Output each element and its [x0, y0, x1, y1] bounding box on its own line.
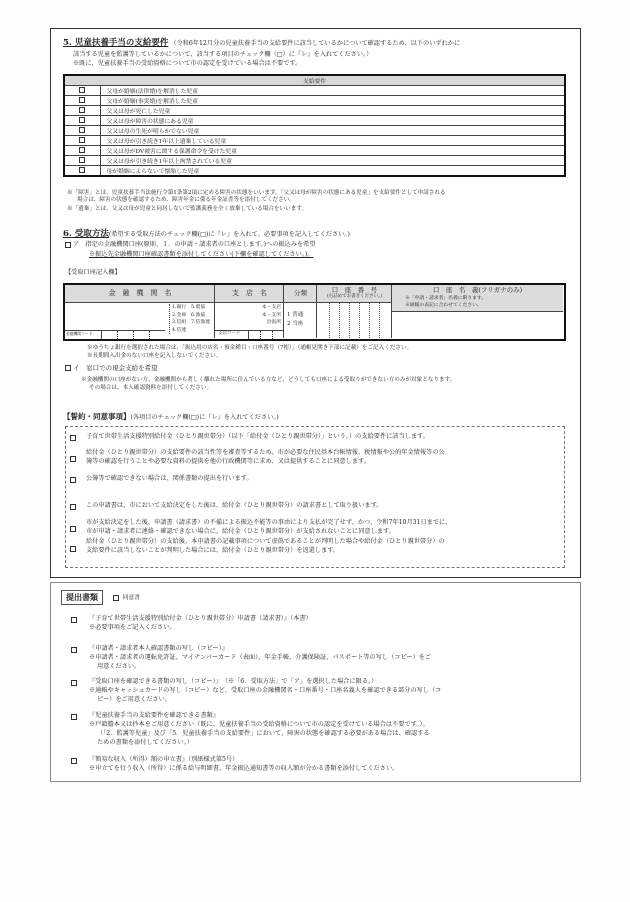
- pledge-item[interactable]: [70, 503, 76, 512]
- eligibility-item: 父又は母が死亡した児童: [100, 106, 565, 116]
- doc-title: 『子育て世帯生活支援特別給付金（ひとり親世帯分）申請書（請求書）』（本書）: [89, 615, 312, 624]
- account-box-title: 【受取口座記入欄】: [65, 269, 121, 278]
- option-b-label: イ 窓口での現金支給を希望: [73, 364, 158, 372]
- checkbox[interactable]: [71, 758, 77, 764]
- checkbox[interactable]: [79, 127, 85, 133]
- option-b-note-2: その場合は、本人確認資料を添付してください。: [89, 384, 212, 393]
- documents-badge: 提出書類: [61, 590, 103, 605]
- doc-note: ※戸籍謄本又は抄本をご用意ください（既に、児童扶養手当の受給資格について市の認定…: [89, 721, 429, 730]
- checkbox[interactable]: [79, 87, 85, 93]
- table-row: 母が婚姻によらないで懐胎した児童: [64, 166, 565, 177]
- doc-item[interactable]: [71, 713, 77, 722]
- pledge-item-text: 公簿等で確認できない場合は、関係書類の提出を行います。: [86, 475, 253, 484]
- eligibility-item: 父又は母が障害の状態にある児童: [100, 116, 565, 126]
- section5-intro-1: （令和6年12月分の児童扶養手当の支給要件に該当しているかについて確認するため、…: [170, 40, 460, 47]
- checkbox[interactable]: [79, 107, 85, 113]
- doc-note: ための書類を添付してください。）: [97, 739, 193, 748]
- pledge-intro: (各項目のチェック欄(□)に『レ』を入れてください。): [131, 414, 279, 421]
- option-a-label: ア 指定の金融機関口座(原則、１．の申請・請求者の口座とします。)への振込みを希…: [73, 241, 316, 248]
- holder-note-2: ※通帳の表記に合わせてください。: [405, 303, 482, 309]
- pledge-items-box: 子育て世帯生活支援特別給付金（ひとり親世帯分）（以下「給付金（ひとり親世帯分）」…: [65, 426, 565, 568]
- section5-heading: 5. 児童扶養手当の支給要件 （令和6年12月分の児童扶養手当の支給要件に該当し…: [63, 39, 460, 49]
- doc-note: ※通帳やキャッシュカードの写し（コピー）など、受取口座の金融機関名・口座番号・口…: [89, 687, 441, 696]
- bank-code-input[interactable]: 金融機関コード: [65, 330, 165, 339]
- doc-item[interactable]: [71, 616, 77, 625]
- bank-name-input[interactable]: [65, 302, 165, 328]
- checkbox[interactable]: [71, 647, 77, 653]
- doc-note: ※申請者・請求者の運転免許証、マイナンバーカード（表面）、年金手帳、介護保険証、…: [89, 654, 431, 663]
- pledge-item-text: 子育て世帯生活支援特別給付金（ひとり親世帯分）（以下「給付金（ひとり親世帯分）」…: [86, 433, 429, 442]
- doc-note: ※必要事項をご記入ください。: [89, 624, 176, 633]
- account-number-input[interactable]: [319, 303, 391, 338]
- checkbox[interactable]: [70, 477, 76, 483]
- dormant-account-note: ※長期間入出金のない口座を記入しないでください。: [87, 352, 221, 361]
- type-header: 分類: [284, 289, 317, 298]
- doc-item[interactable]: [71, 757, 77, 766]
- table-row: 父又は母が障害の状態にある児童: [64, 116, 565, 126]
- pledge-item-text: 支給要件に該当しないことが判明した場合には、給付金（ひとり親世帯分）を返還します…: [86, 547, 339, 556]
- branch-code-input[interactable]: 支店コード: [215, 330, 284, 339]
- eligibility-item: 父又は母の生死が明らかでない児童: [100, 126, 565, 136]
- account-type-options[interactable]: 1 普通 2 当座: [287, 311, 303, 329]
- number-subheader: (右詰めでお書きください。): [317, 294, 392, 300]
- eligibility-header: 支給要件: [64, 75, 565, 86]
- doc-item[interactable]: [71, 646, 77, 655]
- pledge-item-text: 給付金（ひとり親世帯分）の支給後、本申請書の記載事項について虚偽であることが判明…: [86, 538, 445, 547]
- table-row: 父又は母が死亡した児童: [64, 106, 565, 116]
- pledge-item-text: 市が支給決定をした後、申請書（請求書）の不備による振込不能等の事由により支払が完…: [86, 519, 451, 528]
- account-holder-input[interactable]: [392, 312, 563, 338]
- branch-header: 支 店 名: [215, 289, 284, 298]
- pledge-item[interactable]: [70, 455, 76, 464]
- doc-note: ※申立てを行う収入（所得）に係る給与明細書、年金振込通知書等の収入額が分かる書類…: [89, 765, 398, 774]
- section6-heading: 6. 受取方法(希望する受取方法のチェック欄(□)に『レ』を入れて、必要事項を記…: [63, 230, 350, 240]
- eligibility-item: 父又は母がDV被害に関する保護命令を受けた児童: [100, 146, 565, 156]
- eligibility-item: 父又は母が引き続き1年以上拘禁されている児童: [100, 156, 565, 166]
- checkbox[interactable]: [79, 97, 85, 103]
- pledge-title: 【誓約・同意事項】: [63, 412, 131, 421]
- abandonment-note: ※「遺棄」とは、父又は母が児童と同居しないで監護義務を全く放棄している場合をいい…: [67, 206, 307, 214]
- table-row: 父又は母が引き続き1年以上拘禁されている児童: [64, 156, 565, 166]
- doc-title: 『申請者・請求者本人確認書類の写し（コピー）』: [89, 645, 228, 654]
- option-a-note: ※振込先金融機関口座確認書類を添付してください(下欄を確認してください。)。: [89, 251, 313, 260]
- section5-intro-2: 該当する児童を監護等しているかについて、該当する項目のチェック欄（□）に『レ』を…: [73, 51, 372, 60]
- pledge-item-text: 簿等の確認を行うことや必要な資料の提供を他の行政機関等に求め、又は提供することに…: [86, 458, 370, 467]
- checkbox[interactable]: [79, 137, 85, 143]
- holder-note-1: ※「申請・請求者」名義に限ります。: [405, 296, 486, 302]
- bank-type-options[interactable]: 1.銀行 5.農協 2.金庫 6.漁協 3.信組 7.信漁連 4.信連: [169, 304, 210, 334]
- doc-note: 用意ください。: [97, 663, 140, 672]
- pledge-heading: 【誓約・同意事項】(各項目のチェック欄(□)に『レ』を入れてください。): [63, 413, 279, 423]
- bank-name-header: 金 融 機 関 名: [65, 289, 215, 298]
- pledge-item[interactable]: [70, 476, 76, 485]
- application-form-page: 5. 児童扶養手当の支給要件 （令和6年12月分の児童扶養手当の支給要件に該当し…: [50, 28, 581, 578]
- doc-title: 『簡易な収入（所得）額の申立書』（別紙様式第5号）: [89, 756, 238, 765]
- checkbox[interactable]: [70, 526, 76, 532]
- option-b[interactable]: イ 窓口での現金支給を希望: [65, 364, 158, 373]
- eligibility-item: 母が婚姻によらないで懐胎した児童: [100, 166, 565, 177]
- checkbox[interactable]: [70, 435, 76, 441]
- option-a[interactable]: ア 指定の金融機関口座(原則、１．の申請・請求者の口座とします。)への振込みを希…: [65, 241, 316, 250]
- pledge-item[interactable]: [70, 525, 76, 534]
- checkbox[interactable]: [71, 714, 77, 720]
- branch-type-options[interactable]: 本・支店 本・支所 出張所: [251, 304, 281, 327]
- option-b-checkbox[interactable]: [65, 365, 71, 371]
- option-a-checkbox[interactable]: [65, 242, 71, 248]
- doc-note: ピー）をご用意ください。: [97, 696, 171, 705]
- checkbox[interactable]: [113, 595, 119, 601]
- table-row: 父又は母が引き続き1年以上遺棄している児童: [64, 136, 565, 146]
- pledge-item-text: 給付金（ひとり親世帯分）の支給要件の該当性等を審査等するため、市が必要な住民基本…: [86, 449, 445, 458]
- table-row: 父又は母がDV被害に関する保護命令を受けた児童: [64, 146, 565, 156]
- pledge-item[interactable]: [70, 434, 76, 443]
- eligibility-item: 父母が婚姻(法律婚)を解消した児童: [100, 86, 565, 96]
- section6-intro: (希望する受取方法のチェック欄(□)に『レ』を入れて、必要事項を記入してください…: [109, 231, 350, 238]
- section5-title: 5. 児童扶養手当の支給要件: [63, 38, 168, 48]
- required-documents-box: 提出書類 同意書 『子育て世帯生活支援特別給付金（ひとり親世帯分）申請書（請求書…: [50, 582, 581, 782]
- eligibility-item: 父母が婚姻(事実婚)を解消した児童: [100, 96, 565, 106]
- disability-note-2: 場合は、障害の状態を確認するため、障害年金に係る年金証書等を添付してください。: [77, 197, 295, 205]
- checkbox[interactable]: [79, 117, 85, 123]
- checkbox[interactable]: [79, 157, 85, 163]
- eligibility-item: 父又は母が引き続き1年以上遺棄している児童: [100, 136, 565, 146]
- doc-title: 『児童扶養手当の支給要件を確認できる書類』: [89, 712, 219, 721]
- section5-intro-3: ※既に、児童扶養手当の受給資格について市の認定を受けている場合は不要です。: [73, 60, 301, 69]
- consent-form-item[interactable]: 同意書: [113, 594, 140, 603]
- checkbox[interactable]: [71, 617, 77, 623]
- checkbox[interactable]: [79, 147, 85, 153]
- pledge-item-text: この申請書は、市において支給決定をした後は、給付金（ひとり親世帯分）の請求書とし…: [86, 502, 383, 511]
- table-row: 父母が婚姻(法律婚)を解消した児童: [64, 86, 565, 96]
- pledge-item-text: 市が申請・請求者に連絡・確認できない場合に、給付金（ひとり親世帯分）が支給されな…: [86, 528, 395, 537]
- checkbox[interactable]: [70, 504, 76, 510]
- section6-title: 6. 受取方法: [63, 229, 109, 239]
- doc-title: 『受取口座を確認できる書類の写し（コピー）』 （※「6．受取方法」で「ア」を選択…: [89, 678, 377, 687]
- eligibility-table: 支給要件 父母が婚姻(法律婚)を解消した児童 父母が婚姻(事実婚)を解消した児童…: [63, 74, 566, 177]
- pledge-item[interactable]: [70, 545, 76, 554]
- doc-item[interactable]: [71, 679, 77, 688]
- table-row: 父又は母の生死が明らかでない児童: [64, 126, 565, 136]
- checkbox[interactable]: [79, 167, 85, 173]
- account-entry-table: 金 融 機 関 名 支 店 名 分類 口 座 番 号 (右詰めでお書きください。…: [63, 283, 566, 341]
- doc-note: （「2．監護等児童」及び「5．児童扶養手当の支給要件」において、障害の状態を確認…: [97, 730, 430, 739]
- checkbox[interactable]: [70, 456, 76, 462]
- table-row: 父母が婚姻(事実婚)を解消した児童: [64, 96, 565, 106]
- checkbox[interactable]: [70, 546, 76, 552]
- checkbox[interactable]: [71, 680, 77, 686]
